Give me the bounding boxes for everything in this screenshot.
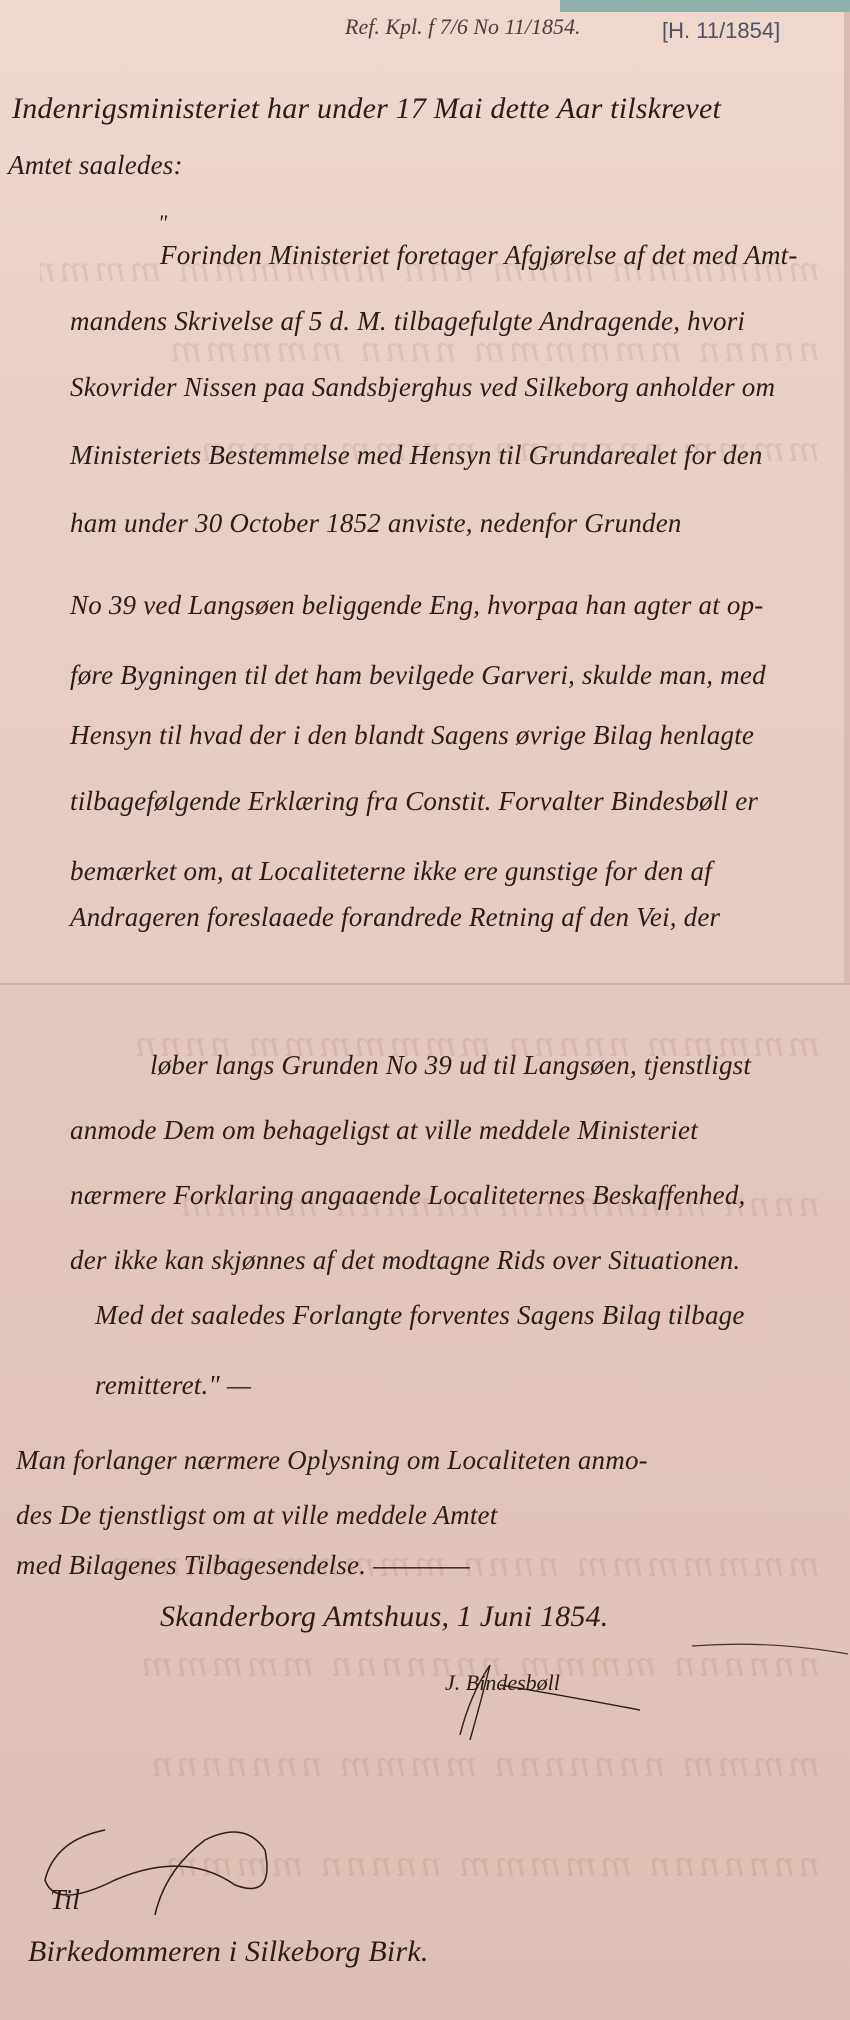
- page-edge: [844, 12, 850, 985]
- archive-pencil-mark: [H. 11/1854]: [662, 18, 780, 44]
- text-line: remitteret." —: [95, 1370, 251, 1401]
- text-line: Hensyn til hvad der i den blandt Sagens …: [70, 720, 754, 751]
- text-line: No 39 ved Langsøen beliggende Eng, hvorp…: [70, 590, 763, 621]
- text-line: des De tjenstligst om at ville meddele A…: [16, 1500, 497, 1531]
- bleed-through-text: mmmm nnnnnnn mmmm nnnnnnn: [40, 1745, 820, 1785]
- text-line: føre Bygningen til det ham bevilgede Gar…: [70, 660, 766, 691]
- text-line: Med det saaledes Forlangte forventes Sag…: [95, 1300, 745, 1331]
- manuscript-page-top: mmmmmm mmm nnn mmmmmm mmmm nnnnn mmmmmm …: [0, 0, 850, 985]
- text-line: nærmere Forklaring angaaende Localiteter…: [70, 1180, 746, 1211]
- archive-reference: Ref. Kpl. f 7/6 No 11/1854.: [345, 14, 580, 40]
- date-underline-flourish: [690, 1640, 850, 1660]
- text-line: Skovrider Nissen paa Sandsbjerghus ved S…: [70, 372, 775, 403]
- text-line: Amtet saaledes:: [8, 150, 183, 181]
- addressee: Birkedommeren i Silkeborg Birk.: [28, 1935, 429, 1969]
- signature-flourish: [440, 1655, 650, 1745]
- salutation: Til: [50, 1885, 80, 1917]
- text-line: Forinden Ministeriet foretager Afgjørels…: [160, 240, 798, 271]
- text-line: Indenrigsministeriet har under 17 Mai de…: [12, 92, 721, 126]
- text-line: mandens Skrivelse af 5 d. M. tilbagefulg…: [70, 306, 745, 337]
- text-line: tilbagefølgende Erklæring fra Constit. F…: [70, 786, 758, 817]
- text-line: Ministeriets Bestemmelse med Hensyn til …: [70, 440, 763, 471]
- text-line: med Bilagenes Tilbagesendelse. ————: [16, 1550, 470, 1581]
- text-line: ham under 30 October 1852 anviste, neden…: [70, 508, 682, 539]
- quote-mark: ": [158, 210, 167, 236]
- text-line: Andrageren foreslaaede forandrede Retnin…: [70, 902, 720, 933]
- backdrop-strip: [560, 0, 850, 12]
- text-line: bemærket om, at Localiteterne ikke ere g…: [70, 856, 712, 887]
- text-line: Man forlanger nærmere Oplysning om Local…: [16, 1445, 648, 1476]
- text-line: løber langs Grunden No 39 ud til Langsøe…: [150, 1050, 751, 1081]
- text-line: anmode Dem om behageligst at ville medde…: [70, 1115, 698, 1146]
- text-line: der ikke kan skjønnes af det modtagne Ri…: [70, 1245, 740, 1276]
- place-date: Skanderborg Amtshuus, 1 Juni 1854.: [160, 1600, 608, 1634]
